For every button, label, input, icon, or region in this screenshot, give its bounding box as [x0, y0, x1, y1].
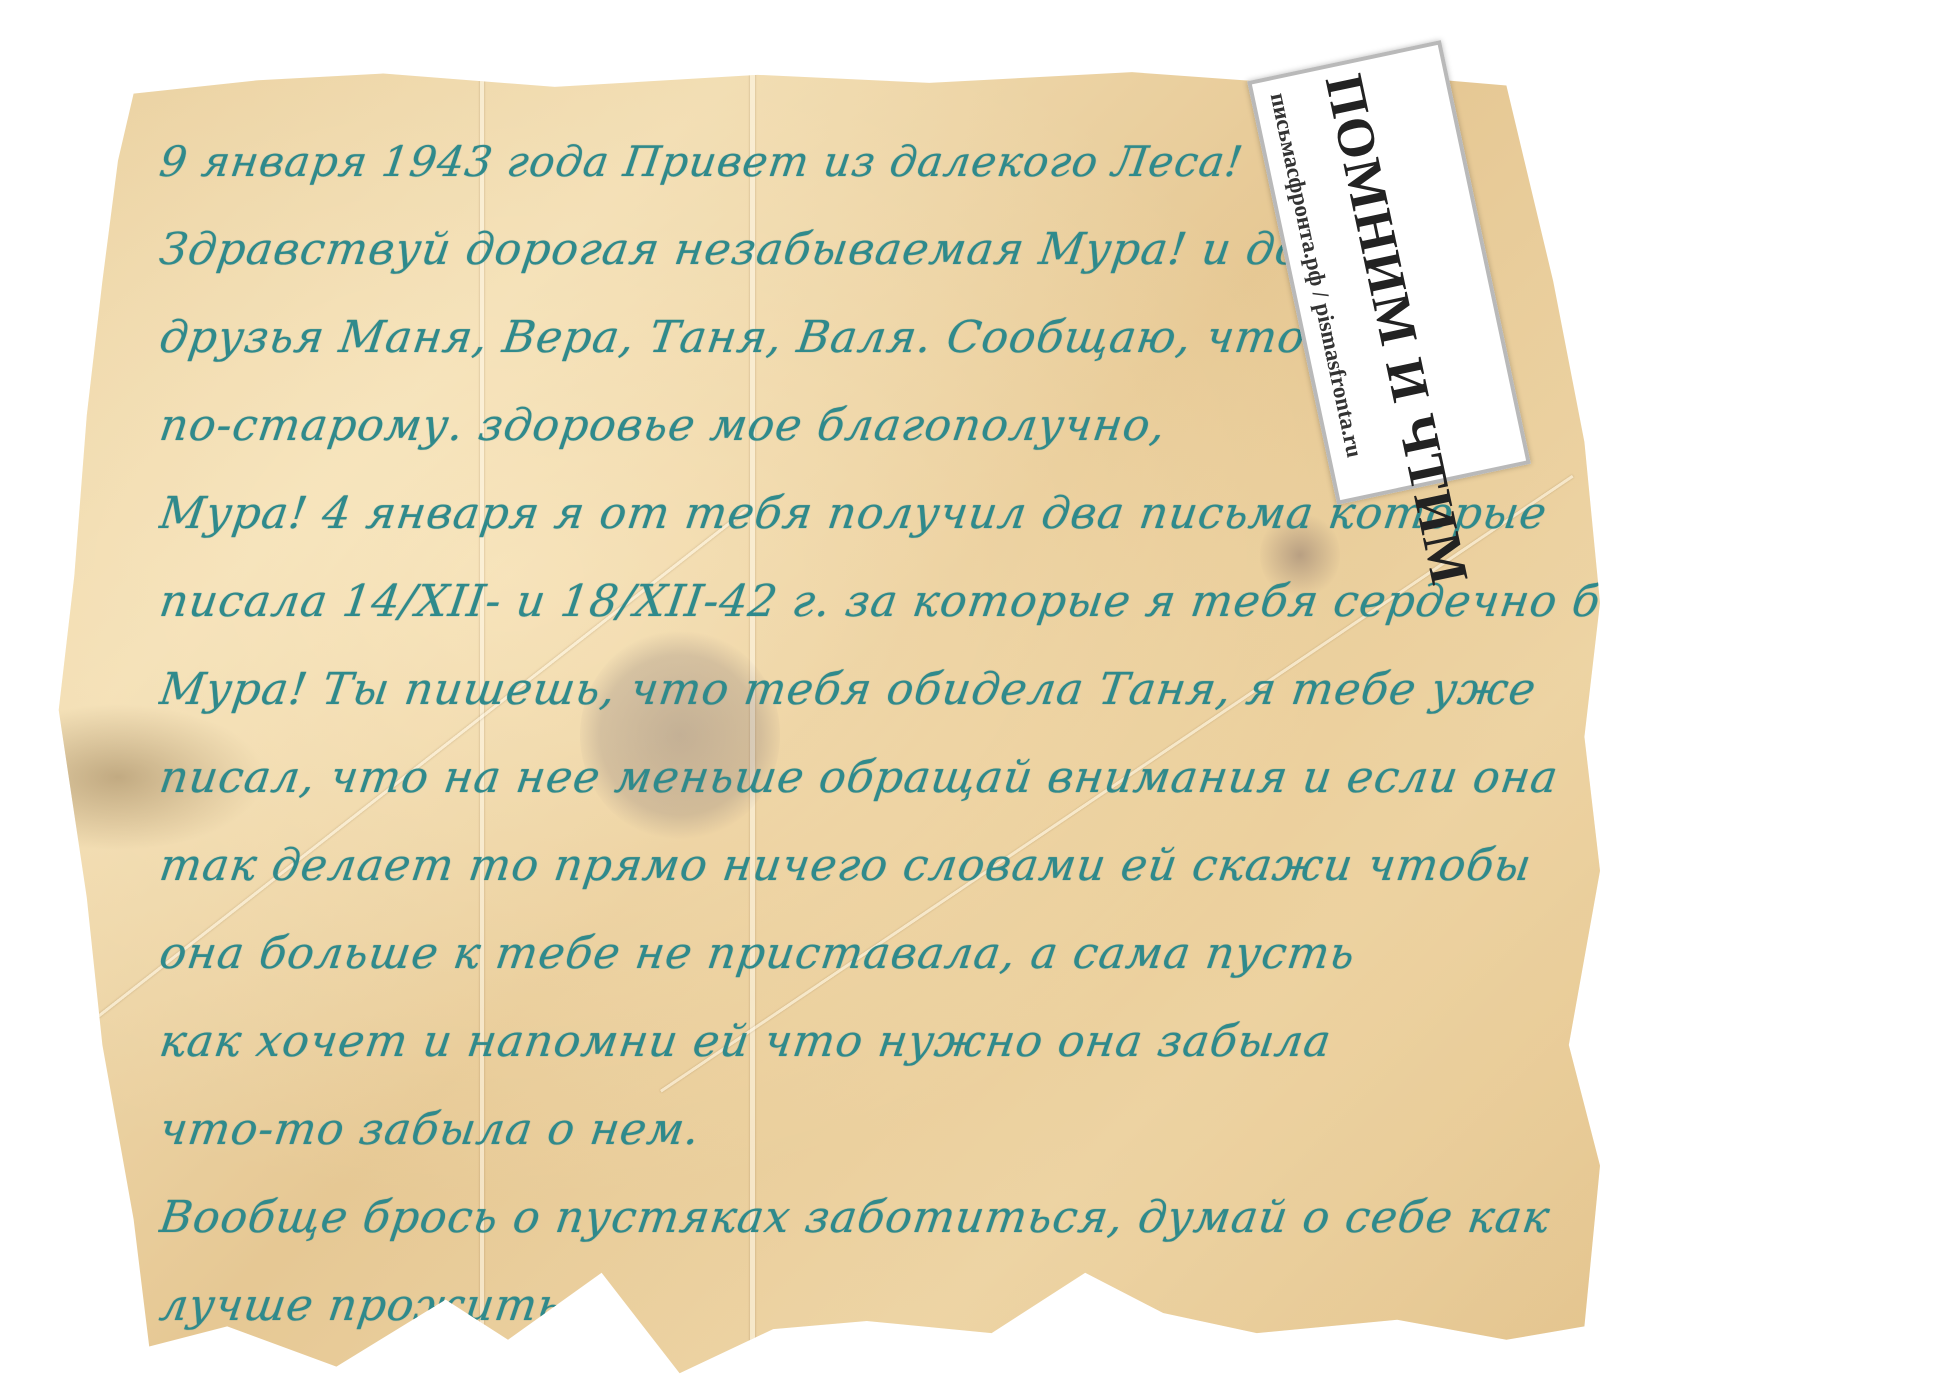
letter-line: так делает то прямо ничего словами ей ск…	[154, 822, 1606, 910]
letter-line: что-то забыла о нем.	[154, 1086, 1606, 1174]
letter-line: как хочет и напомни ей что нужно она заб…	[154, 998, 1606, 1086]
letter-line: писала 14/XII- и 18/XII-42 г. за которые…	[154, 558, 1606, 646]
letter-line: Мура! Ты пишешь, что тебя обидела Таня, …	[154, 646, 1606, 734]
letter-line: она больше к тебе не приставала, а сама …	[154, 910, 1606, 998]
letter-line: лучше прожить	[154, 1262, 1606, 1350]
letter-line: Вообще брось о пустяках заботиться, дума…	[154, 1174, 1606, 1262]
letter-line: писал, что на нее меньше обращай внимани…	[154, 734, 1606, 822]
